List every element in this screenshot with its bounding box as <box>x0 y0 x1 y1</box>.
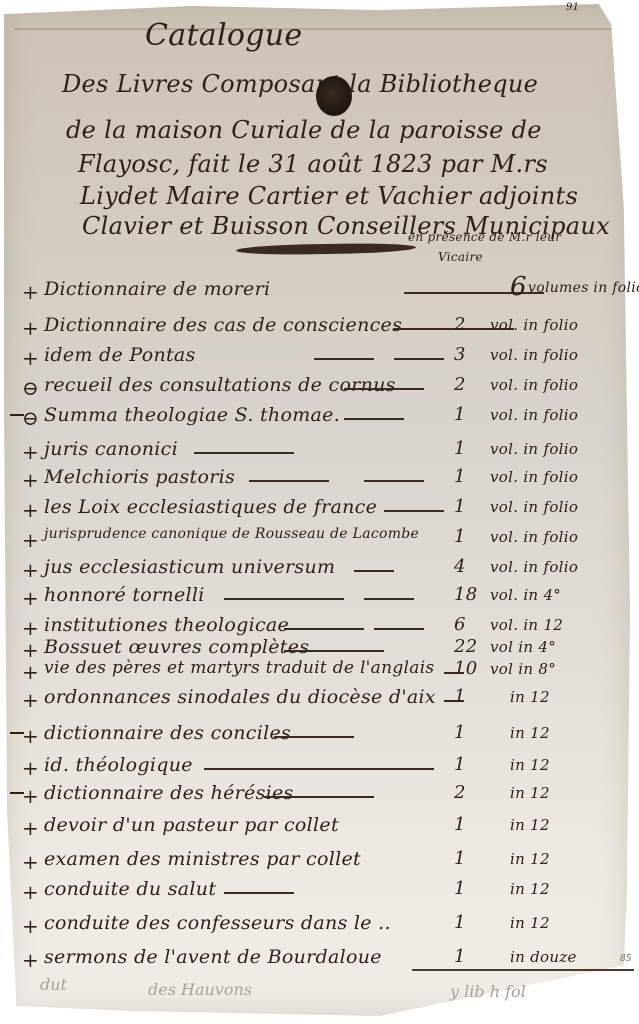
checkmark-cross-icon: + <box>22 558 39 582</box>
leader-line <box>314 358 374 360</box>
leader-line <box>344 650 384 652</box>
book-format: vol. in folio <box>490 440 578 458</box>
leader-line <box>284 628 364 630</box>
volume-count: 3 <box>454 344 466 365</box>
page-title: Catalogue <box>145 18 302 53</box>
table-row: +jus ecclesiasticum universum4vol. in fo… <box>10 554 630 582</box>
checkmark-cross-icon: + <box>22 948 39 972</box>
book-format: volumes in folio <box>528 280 639 296</box>
book-title: Bossuet œuvres complètes <box>44 636 309 658</box>
table-row: +id. théologique1in 12 <box>10 752 630 780</box>
table-row: +dictionnaire des conciles1in 12 <box>10 720 630 748</box>
volume-count: 4 <box>454 556 466 577</box>
checkmark-cross-icon: + <box>22 316 39 340</box>
book-format: in 12 <box>510 784 550 802</box>
book-format: in 12 <box>510 688 550 706</box>
header-line-4: Liydet Maire Cartier et Vachier adjoints <box>80 182 578 210</box>
pencil-note-3: y lib h fol <box>450 982 526 1001</box>
book-title: id. théologique <box>44 754 193 776</box>
table-row: +Dictionnaire de moreri6volumes in folio <box>10 276 630 304</box>
book-format: vol. in folio <box>490 406 578 424</box>
checkmark-cross-icon: + <box>22 756 39 780</box>
book-format: in 12 <box>510 756 550 774</box>
volume-count: 2 <box>454 374 466 395</box>
header-line-1: Des Livres Composant la Bibliotheque <box>62 70 538 98</box>
checkmark-cross-icon: + <box>22 850 39 874</box>
book-title: dictionnaire des hérésies <box>44 782 294 804</box>
book-format: vol. in folio <box>490 468 578 486</box>
leader-line <box>344 388 424 390</box>
book-title: juris canonici <box>44 438 178 460</box>
checkmark-cross-icon: + <box>22 468 39 492</box>
book-format: vol. in 4° <box>490 586 561 604</box>
book-title: conduite du salut <box>44 878 216 900</box>
book-title: Dictionnaire de moreri <box>44 278 270 300</box>
leader-line <box>224 598 344 600</box>
table-row: +examen des ministres par collet1in 12 <box>10 846 630 874</box>
book-title: Summa theologiae S. thomae. <box>44 404 340 426</box>
table-row: ⊖recueil des consultations de cornus2vol… <box>10 372 630 400</box>
leader-line <box>364 480 424 482</box>
book-format: in 12 <box>510 724 550 742</box>
margin-dash <box>10 792 24 794</box>
checkmark-cross-icon: + <box>22 914 39 938</box>
leader-line <box>364 598 414 600</box>
checkmark-cross-icon: + <box>22 688 39 712</box>
book-title: idem de Pontas <box>44 344 196 366</box>
checkmark-cross-icon: + <box>22 440 39 464</box>
book-title: Dictionnaire des cas de consciences <box>44 314 402 336</box>
volume-count: 1 <box>454 722 466 743</box>
volume-count: 2 <box>454 314 466 335</box>
pencil-note-2: des Hauvons <box>148 980 252 999</box>
book-format: in 12 <box>510 914 550 932</box>
table-row: +sermons de l'avent de Bourdaloue1in dou… <box>10 944 630 972</box>
volume-count: 1 <box>454 404 466 425</box>
volume-count: 1 <box>454 686 466 707</box>
book-title: les Loix ecclesiastiques de france <box>44 496 377 518</box>
checkmark-cross-icon: + <box>22 528 39 552</box>
checkmark-cross-icon: + <box>22 586 39 610</box>
table-row: +vie des pères et martyrs traduit de l'a… <box>10 656 630 684</box>
leader-line <box>344 418 404 420</box>
leader-line <box>374 628 424 630</box>
volume-count: 1 <box>454 848 466 869</box>
volume-count: 1 <box>454 526 466 547</box>
top-fold-crease <box>14 14 614 30</box>
volume-count: 6 <box>454 614 466 635</box>
table-row: +devoir d'un pasteur par collet1in 12 <box>10 812 630 840</box>
table-row: +dictionnaire des hérésies2in 12 <box>10 780 630 808</box>
book-format: vol in 4° <box>490 638 556 656</box>
book-title: conduite des confesseurs dans le .. <box>44 912 391 934</box>
ink-blot-seal <box>316 76 352 116</box>
book-title: devoir d'un pasteur par collet <box>44 814 339 836</box>
leader-line <box>204 768 434 770</box>
book-title: jus ecclesiasticum universum <box>44 556 335 578</box>
leader-line <box>264 796 374 798</box>
book-format: in 12 <box>510 850 550 868</box>
margin-dash <box>10 732 24 734</box>
presence-note: en présence de M.r leur <box>408 230 561 244</box>
book-format: vol. in folio <box>490 498 578 516</box>
volume-count: 1 <box>454 496 466 517</box>
checkmark-cross-icon: + <box>22 784 39 808</box>
table-row: +conduite du salut1in 12 <box>10 876 630 904</box>
volume-count: 1 <box>454 438 466 459</box>
margin-dash <box>10 414 24 416</box>
book-title: institutiones theologicae <box>44 614 289 636</box>
table-row: +juris canonici1vol. in folio <box>10 436 630 464</box>
book-format: in douze <box>510 948 577 966</box>
book-title: examen des ministres par collet <box>44 848 361 870</box>
checkmark-cross-icon: ⊖ <box>22 406 39 430</box>
volume-count: 6 <box>510 272 527 302</box>
book-format: in 12 <box>510 880 550 898</box>
checkmark-cross-icon: ⊖ <box>22 376 39 400</box>
leader-line <box>384 510 444 512</box>
book-title: jurisprudence canonique de Rousseau de L… <box>44 526 419 542</box>
table-row: +conduite des confesseurs dans le ..1in … <box>10 910 630 938</box>
table-row: +les Loix ecclesiastiques de france1vol.… <box>10 494 630 522</box>
volume-count: 2 <box>454 782 466 803</box>
pencil-note-1: dut <box>40 975 67 994</box>
leader-line <box>224 892 294 894</box>
book-title: Melchioris pastoris <box>44 466 235 488</box>
volume-count: 1 <box>454 466 466 487</box>
book-format: vol. in folio <box>490 346 578 364</box>
table-row: +ordonnances sinodales du diocèse d'aix1… <box>10 684 630 712</box>
book-title: recueil des consultations de cornus <box>44 374 396 396</box>
leader-line <box>394 358 444 360</box>
checkmark-cross-icon: + <box>22 498 39 522</box>
book-format: in 12 <box>510 816 550 834</box>
leader-line <box>274 736 354 738</box>
presence-note-vicaire: Vicaire <box>438 250 483 264</box>
checkmark-cross-icon: + <box>22 880 39 904</box>
header-line-3: Flayosc, fait le 31 août 1823 par M.rs <box>78 150 548 178</box>
header-line-2: de la maison Curiale de la paroisse de <box>66 116 542 144</box>
volume-count: 1 <box>454 754 466 775</box>
table-row: +idem de Pontas3vol. in folio <box>10 342 630 370</box>
checkmark-cross-icon: + <box>22 346 39 370</box>
book-format: vol. in folio <box>490 558 578 576</box>
book-format: vol. in folio <box>490 528 578 546</box>
volume-count: 1 <box>454 814 466 835</box>
checkmark-cross-icon: + <box>22 816 39 840</box>
table-row: +honnoré tornelli18vol. in 4° <box>10 582 630 610</box>
book-title: vie des pères et martyrs traduit de l'an… <box>44 658 434 678</box>
page-number: 85 <box>620 954 631 964</box>
table-row: +Melchioris pastoris1vol. in folio <box>10 464 630 492</box>
book-format: vol. in folio <box>490 376 578 394</box>
book-format: vol. in 12 <box>490 616 563 634</box>
leader-line <box>194 452 294 454</box>
book-title: ordonnances sinodales du diocèse d'aix <box>44 686 436 708</box>
table-row: +Dictionnaire des cas de consciences2vol… <box>10 312 630 340</box>
volume-count: 1 <box>454 912 466 933</box>
book-format: vol in 8° <box>490 660 556 678</box>
volume-count: 1 <box>454 946 466 967</box>
checkmark-cross-icon: + <box>22 660 39 684</box>
book-format: vol. in folio <box>490 316 578 334</box>
leader-line <box>354 570 394 572</box>
volume-count: 22 <box>454 636 478 657</box>
checkmark-cross-icon: + <box>22 724 39 748</box>
book-title: dictionnaire des conciles <box>44 722 291 744</box>
book-title: honnoré tornelli <box>44 584 205 606</box>
checkmark-cross-icon: + <box>22 280 39 304</box>
book-title: sermons de l'avent de Bourdaloue <box>44 946 382 968</box>
volume-count: 10 <box>454 658 478 679</box>
volume-count: 18 <box>454 584 478 605</box>
table-row: ⊖Summa theologiae S. thomae.1vol. in fol… <box>10 402 630 430</box>
total-underline <box>412 969 634 971</box>
table-row: +jurisprudence canonique de Rousseau de … <box>10 524 630 552</box>
corner-mark: 91 <box>566 2 579 13</box>
leader-line <box>249 480 329 482</box>
volume-count: 1 <box>454 878 466 899</box>
